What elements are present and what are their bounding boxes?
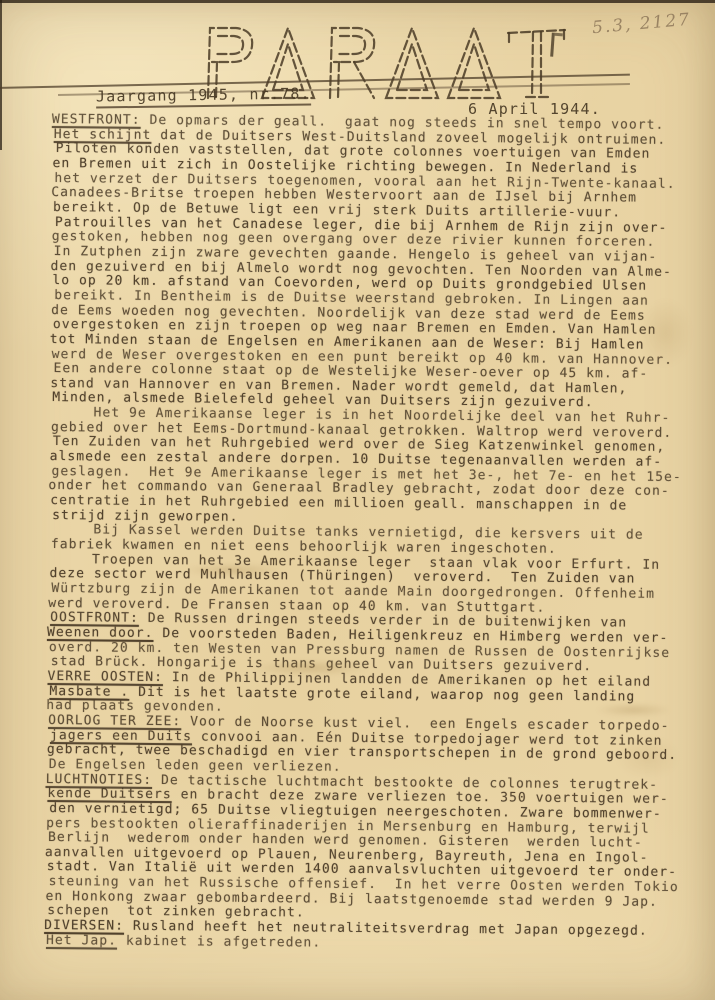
scan-edge-top: [0, 0, 715, 3]
scan-edge-left: [0, 0, 2, 150]
handwritten-archive-number: 5.3, 2127: [591, 10, 691, 39]
body-text: WESTFRONT: De opmars der geall. gaat nog…: [46, 113, 714, 955]
volume-issue-line: Jaargang 1945, nr.78.: [96, 85, 311, 109]
scanned-newspaper-page: 5.3, 2127: [0, 0, 715, 1000]
